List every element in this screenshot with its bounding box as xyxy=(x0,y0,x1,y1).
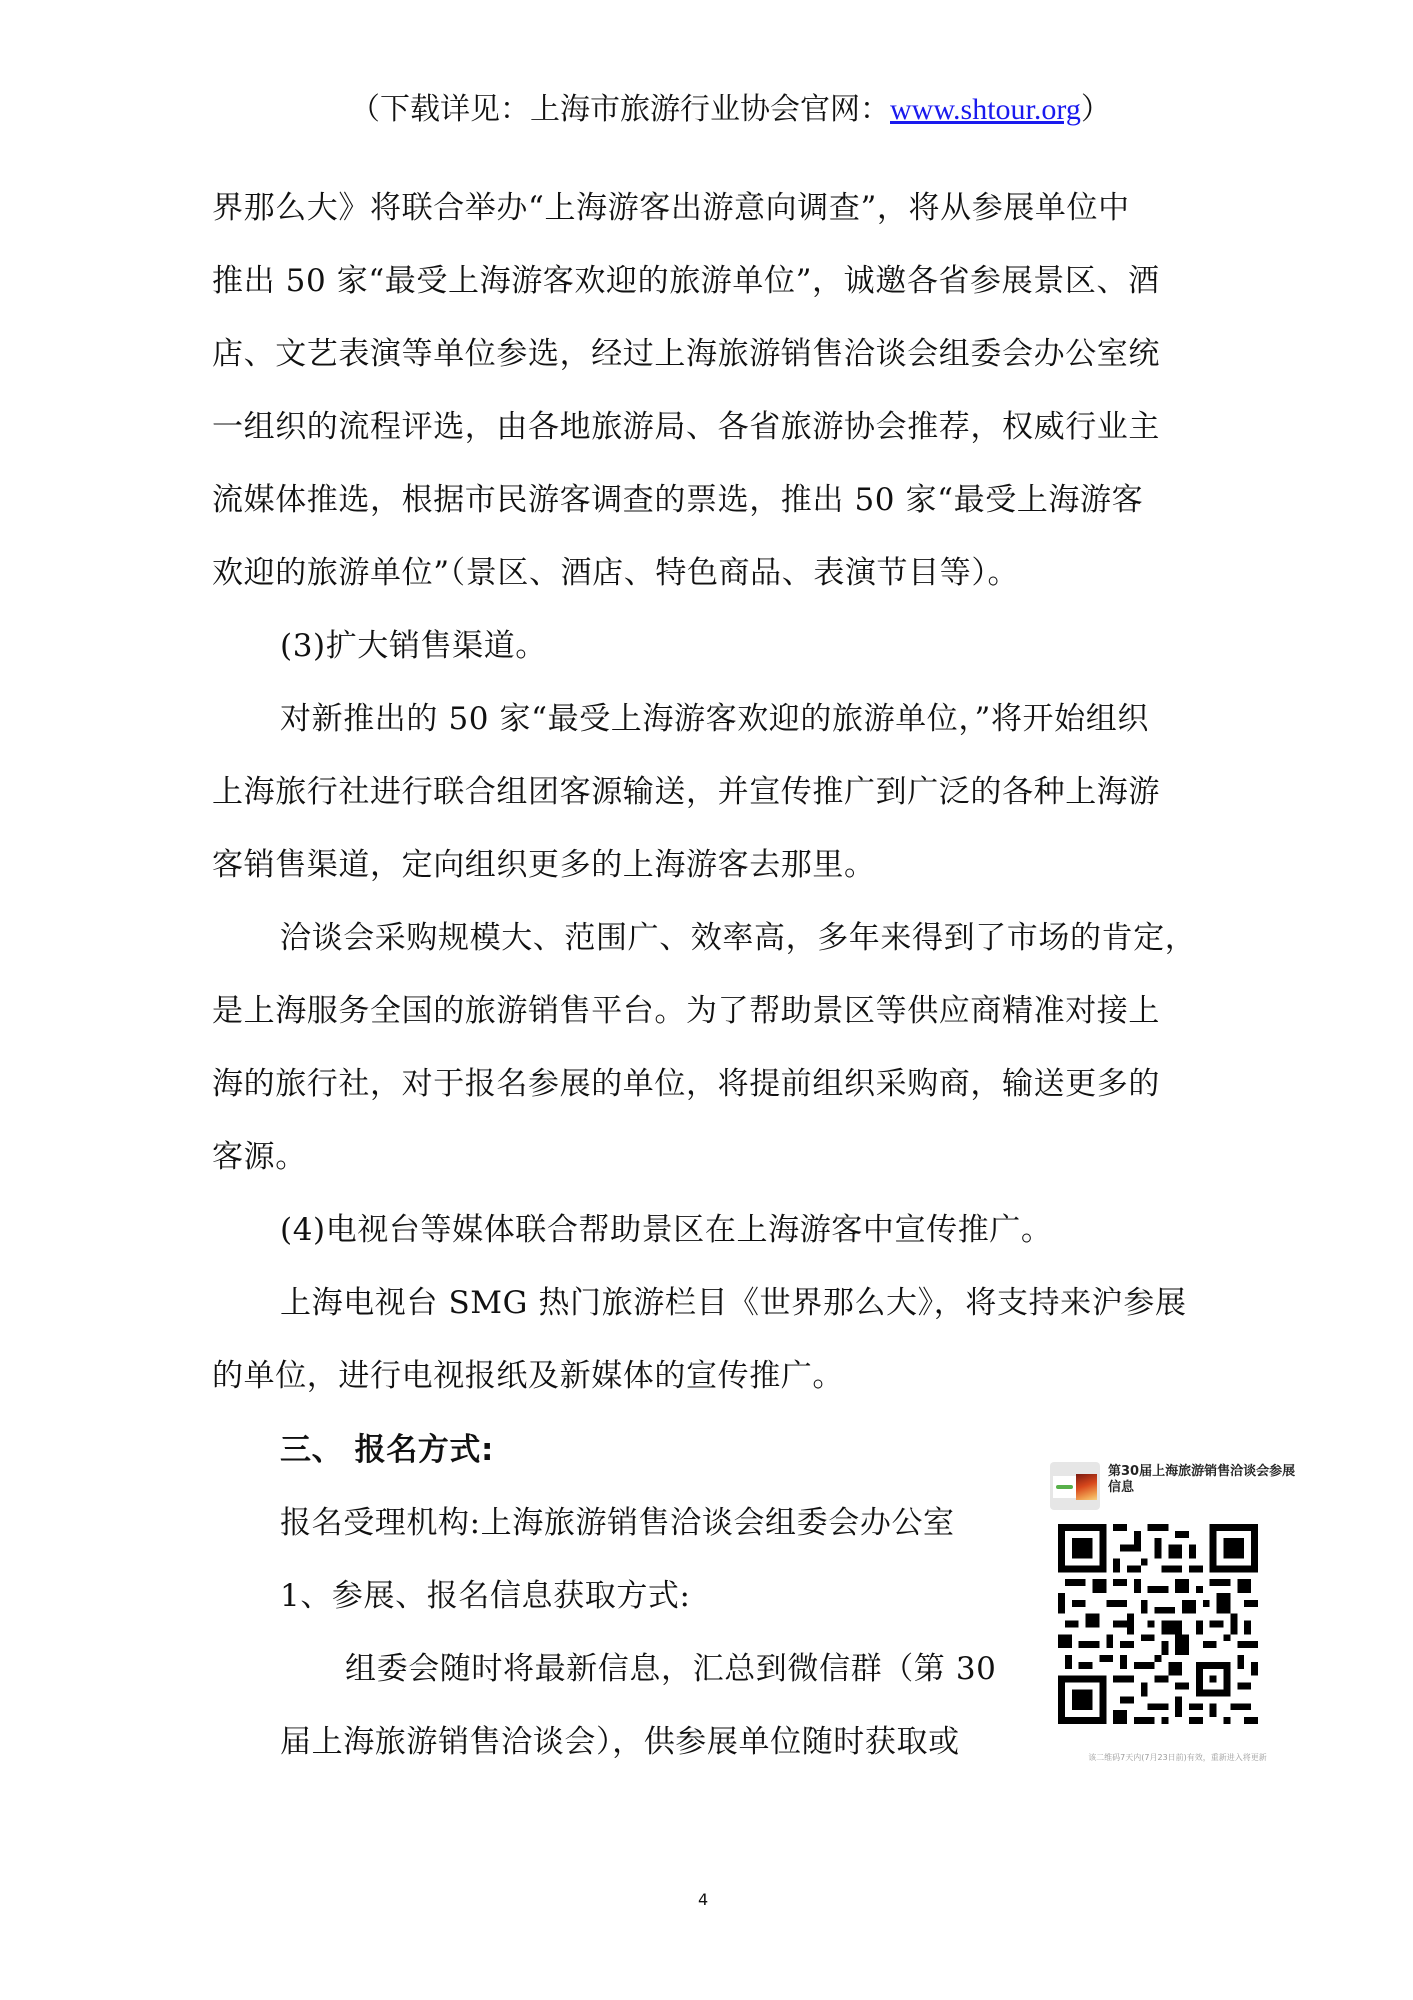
body-line: 推出 50 家“最受上海游客欢迎的旅游单位”，诚邀各省参展景区、酒 xyxy=(212,259,1160,303)
qr-validity-caption: 该二维码7天内(7月23日前)有效，重新进入将更新 xyxy=(1050,1752,1305,1763)
subsection-heading: (4)电视台等媒体联合帮助景区在上海游客中宣传推广。 xyxy=(280,1208,1053,1252)
body-line: 客销售渠道，定向组织更多的上海游客去那里。 xyxy=(212,843,876,887)
header-prefix: （下载详见：上海市旅游行业协会官网： xyxy=(350,92,890,127)
section-heading: 三、 报名方式: xyxy=(280,1428,494,1472)
body-line: 对新推出的 50 家“最受上海游客欢迎的旅游单位，”将开始组织 xyxy=(280,697,1149,741)
body-line: 洽谈会采购规模大、范围广、效率高，多年来得到了市场的肯定， xyxy=(280,916,1196,960)
body-line: 是上海服务全国的旅游销售平台。为了帮助景区等供应商精准对接上 xyxy=(212,989,1160,1033)
body-line: 流媒体推选，根据市民游客调查的票选，推出 50 家“最受上海游客 xyxy=(212,478,1143,522)
body-line: 届上海旅游销售洽谈会），供参展单位随时获取或 xyxy=(280,1720,960,1764)
body-line: 报名受理机构:上海旅游销售洽谈会组委会办公室 xyxy=(280,1501,955,1545)
group-avatar xyxy=(1050,1462,1100,1510)
body-line: 上海电视台 SMG 热门旅游栏目《世界那么大》，将支持来沪参展 xyxy=(280,1281,1187,1325)
logo-icon xyxy=(1053,1476,1076,1498)
body-line: 上海旅行社进行联合组团客源输送，并宣传推广到广泛的各种上海游 xyxy=(212,770,1160,814)
body-line: 店、文艺表演等单位参选，经过上海旅游销售洽谈会组委会办公室统 xyxy=(212,332,1160,376)
body-line: 客源。 xyxy=(212,1135,307,1179)
qr-code-icon[interactable] xyxy=(1058,1524,1258,1724)
body-line: 组委会随时将最新信息，汇总到微信群（第 30 xyxy=(345,1647,997,1691)
body-line: 一组织的流程评选，由各地旅游局、各省旅游协会推荐，权威行业主 xyxy=(212,405,1160,449)
body-line: 界那么大》将联合举办“上海游客出游意向调查”，将从参展单位中 xyxy=(212,186,1130,230)
body-line: 海的旅行社，对于报名参展的单位，将提前组织采购商，输送更多的 xyxy=(212,1062,1160,1106)
website-link[interactable]: www.shtour.org xyxy=(890,93,1081,126)
download-note-header: （下载详见：上海市旅游行业协会官网：www.shtour.org） xyxy=(350,88,1111,132)
header-suffix: ） xyxy=(1081,92,1111,127)
subsection-heading: (3)扩大销售渠道。 xyxy=(280,624,547,668)
body-line: 的单位，进行电视报纸及新媒体的宣传推广。 xyxy=(212,1354,844,1398)
wechat-group-qr-card: 第30届上海旅游销售洽谈会参展信息 该二维码7天内(7月23日前)有效，重新进入… xyxy=(1050,1462,1305,1792)
photo-thumbnail xyxy=(1076,1474,1097,1500)
body-line: 1、参展、报名信息获取方式: xyxy=(280,1574,691,1618)
group-name: 第30届上海旅游销售洽谈会参展信息 xyxy=(1108,1464,1308,1496)
page-number: 4 xyxy=(698,1890,708,1909)
body-line: 欢迎的旅游单位”（景区、酒店、特色商品、表演节目等）。 xyxy=(212,551,1019,595)
